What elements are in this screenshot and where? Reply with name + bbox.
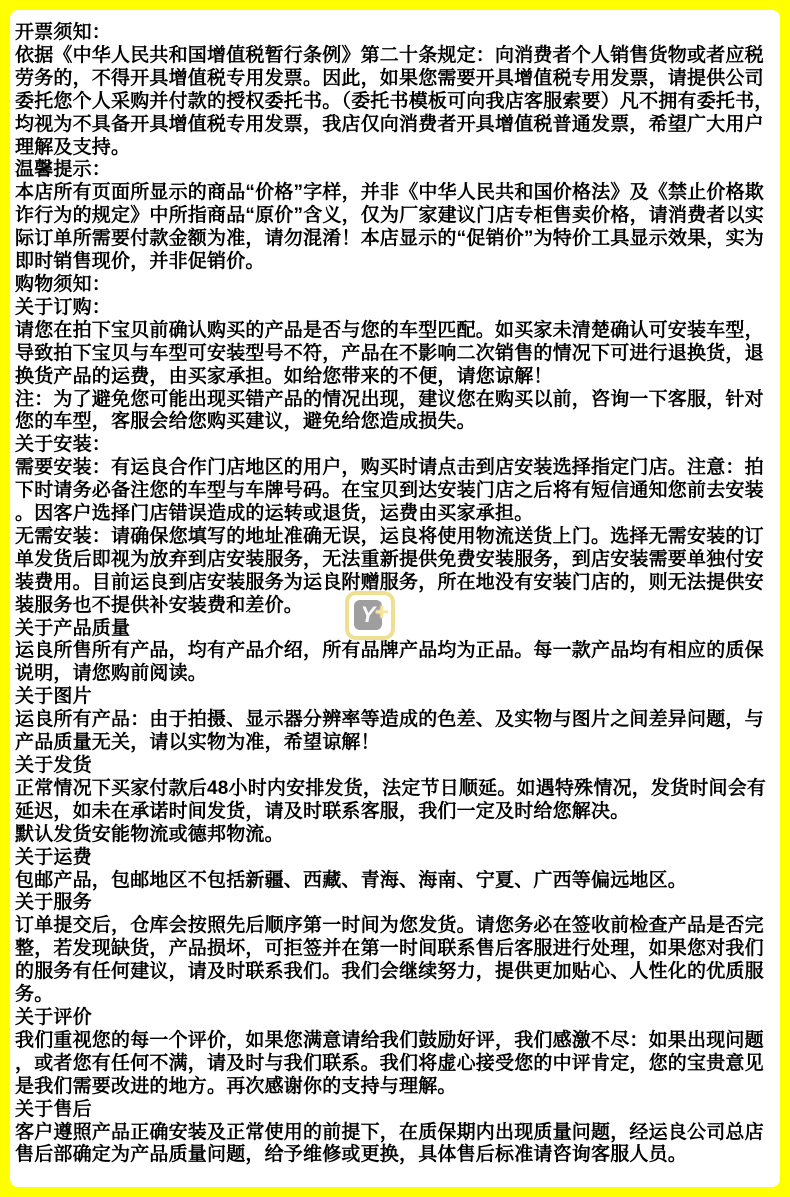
section-paragraph: 客户遵照产品正确安装及正常使用的前提下，在质保期内出现质量问题，经运良公司总店售…: [15, 1122, 774, 1168]
section-paragraph: 本店所有页面所显示的商品“价格”字样，并非《中华人民共和国价格法》及《禁止价格欺…: [15, 182, 774, 274]
section-paragraph: 无需安装：请确保您填写的地址准确无误，运良将使用物流送货上门。选择无需安装的订单…: [15, 526, 774, 618]
section-heading: 关于售后: [15, 1099, 774, 1122]
section-paragraph: 运良所有产品：由于拍摄、显示器分辨率等造成的色差、及实物与图片之间差异问题，与产…: [15, 709, 774, 755]
section-heading: 关于图片: [15, 686, 774, 709]
section-heading: 关于服务: [15, 892, 774, 915]
section-heading: 关于运费: [15, 847, 774, 870]
notice-document: 开票须知：依据《中华人民共和国增值税暂行条例》第二十条规定：向消费者个人销售货物…: [15, 22, 774, 1167]
section-heading: 购物须知：: [15, 274, 774, 297]
section-paragraph: 默认发货安能物流或德邦物流。: [15, 824, 774, 847]
section-paragraph: 订单提交后，仓库会按照先后顺序第一时间为您发货。请您务必在签收前检查产品是否完整…: [15, 915, 774, 1007]
section-paragraph: 运良所售所有产品，均有产品介绍，所有品牌产品均为正品。每一款产品均有相应的质保说…: [15, 640, 774, 686]
section-heading: 温馨提示：: [15, 159, 774, 182]
section-heading: 关于安装：: [15, 434, 774, 457]
section-heading: 关于发货: [15, 755, 774, 778]
section-paragraph: 依据《中华人民共和国增值税暂行条例》第二十条规定：向消费者个人销售货物或者应税劳…: [15, 45, 774, 160]
section-paragraph: 包邮产品，包邮地区不包括新疆、西藏、青海、海南、宁夏、广西等偏远地区。: [15, 870, 774, 893]
section-heading: 关于评价: [15, 1007, 774, 1030]
notice-page: 开票须知：依据《中华人民共和国增值税暂行条例》第二十条规定：向消费者个人销售货物…: [10, 10, 780, 1187]
section-paragraph: 请您在拍下宝贝前确认购买的产品是否与您的车型匹配。如买家未清楚确认可安装车型，导…: [15, 320, 774, 389]
section-heading: 开票须知：: [15, 22, 774, 45]
section-paragraph: 正常情况下买家付款后48小时内安排发货，法定节日顺延。如遇特殊情况，发货时间会有…: [15, 778, 774, 824]
section-heading: 关于产品质量: [15, 618, 774, 641]
section-heading: 关于订购：: [15, 297, 774, 320]
section-paragraph: 我们重视您的每一个评价，如果您满意请给我们鼓励好评，我们感激不尽：如果出现问题，…: [15, 1030, 774, 1099]
section-paragraph: 需要安装：有运良合作门店地区的用户，购买时请点击到店安装选择指定门店。注意：拍下…: [15, 457, 774, 526]
section-paragraph: 注：为了避免您可能出现买错产品的情况出现，建议您在购买以前，咨询一下客服，针对您…: [15, 389, 774, 435]
